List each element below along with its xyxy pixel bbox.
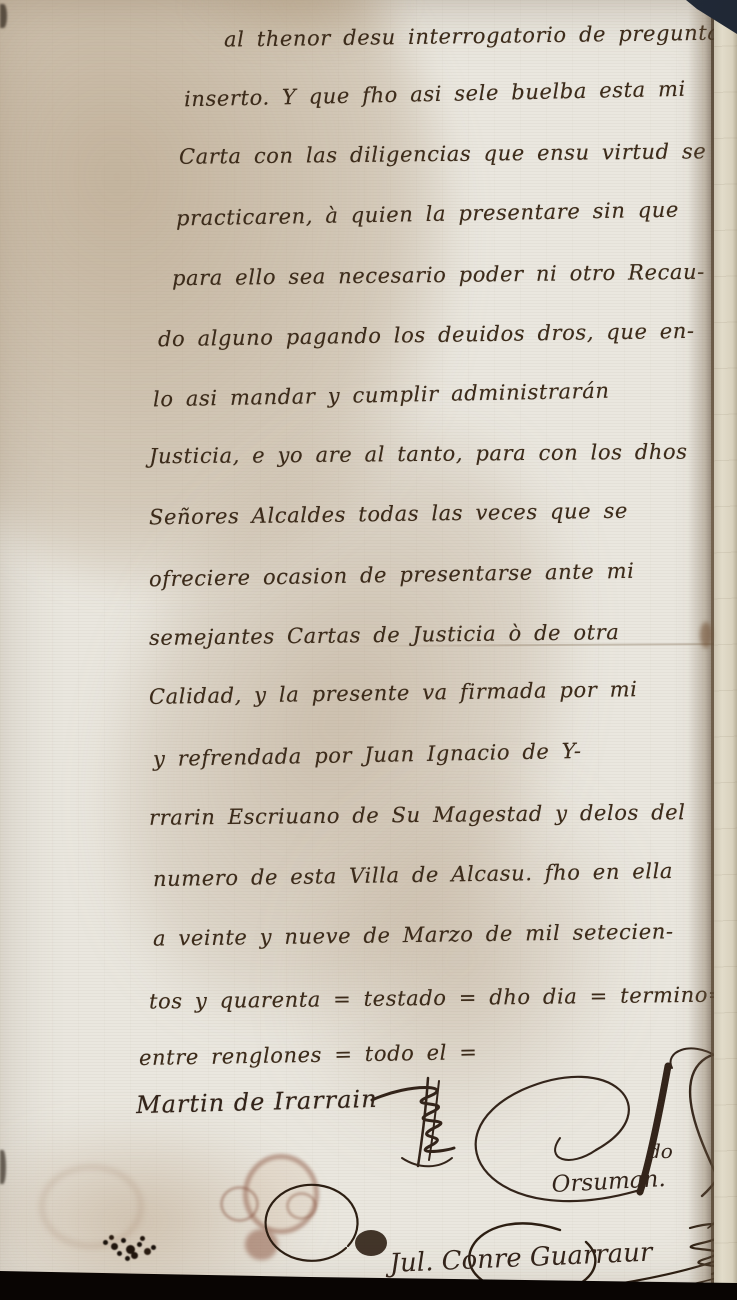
page-gutter-line xyxy=(711,0,714,1300)
edge-ink-mark xyxy=(0,1150,6,1184)
manuscript-line: Justicia, e yo are al tanto, para con lo… xyxy=(149,440,688,469)
edge-ink-mark xyxy=(0,4,7,28)
manuscript-page: al thenor desu interrogatorio de pregunt… xyxy=(0,0,737,1300)
underlying-page-edges xyxy=(714,0,737,1300)
ink-speckles xyxy=(103,1240,108,1245)
gutter-blemish xyxy=(700,622,712,648)
